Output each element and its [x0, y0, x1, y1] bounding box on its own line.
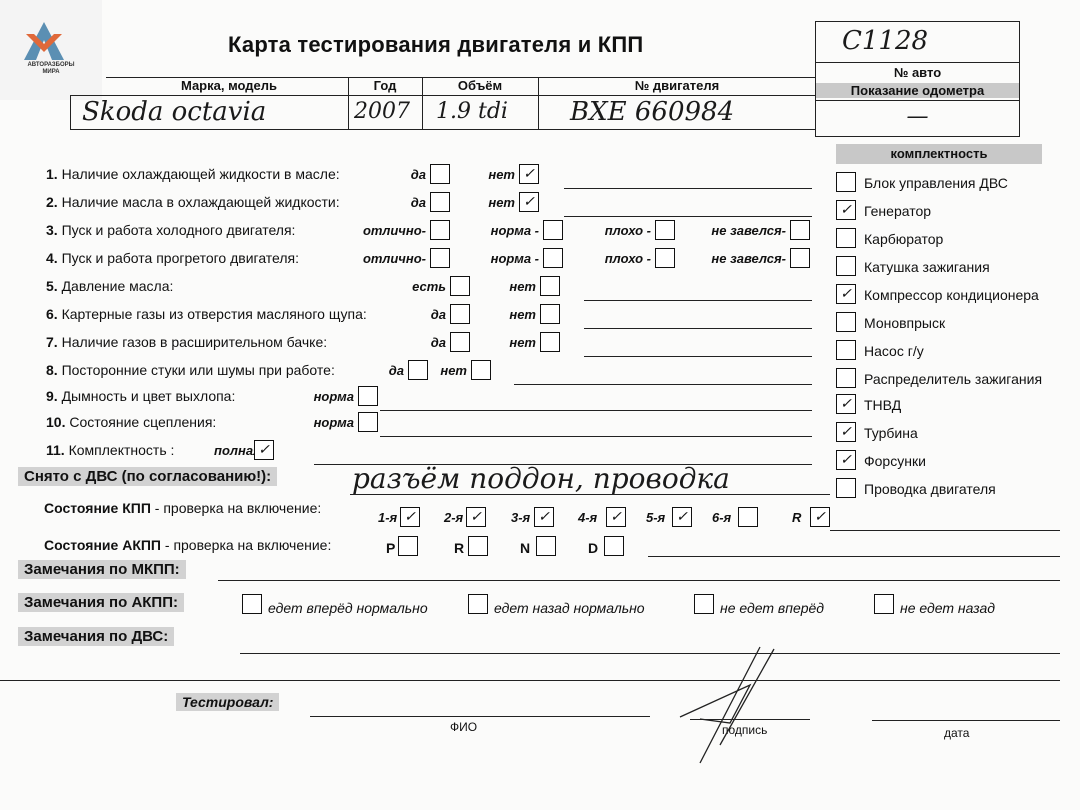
option-checkbox[interactable] — [450, 304, 470, 324]
checklist-item-label: 4. Пуск и работа прогретого двигателя: — [46, 250, 299, 266]
odometer-value: — — [816, 104, 1019, 129]
checklist-item-label: 7. Наличие газов в расширительном бачке: — [46, 334, 327, 350]
answer-line — [514, 384, 812, 385]
option-label: норма — [312, 389, 354, 404]
option-checkbox[interactable] — [430, 192, 450, 212]
akpp-remark-label: не едет вперёд — [720, 600, 824, 616]
option-label: норма - — [486, 223, 539, 238]
kit-checkbox[interactable] — [836, 256, 856, 276]
kit-item-label: Форсунки — [864, 453, 926, 469]
option-label: полная — [214, 443, 250, 458]
gear-label: 4-я — [578, 510, 597, 525]
option-checkbox[interactable] — [471, 360, 491, 380]
checklist-item-label: 3. Пуск и работа холодного двигателя: — [46, 222, 295, 238]
option-checkbox[interactable] — [408, 360, 428, 380]
akpp-mode-checkbox[interactable] — [398, 536, 418, 556]
engine-number-value: BXE 660984 — [570, 97, 734, 127]
answer-line — [380, 410, 812, 411]
checklist-item-label: 2. Наличие масла в охлаждающей жидкости: — [46, 194, 340, 210]
option-label: нет — [506, 279, 536, 294]
kit-checkbox[interactable] — [836, 172, 856, 192]
removed-label: Снято с ДВС (по согласованию!): — [18, 467, 277, 486]
gear-label: R — [792, 510, 801, 525]
kit-title: комплектность — [836, 144, 1042, 164]
kit-item-label: Блок управления ДВС — [864, 175, 1008, 191]
gear-label: 3-я — [511, 510, 530, 525]
checklist-item-label: 11. Комплектность : — [46, 442, 174, 458]
answer-line — [564, 188, 812, 189]
kit-checkbox[interactable] — [836, 368, 856, 388]
option-label: да — [422, 335, 446, 350]
gear-checkbox[interactable]: ✓ — [606, 507, 626, 527]
option-checkbox[interactable] — [543, 220, 563, 240]
kit-checkbox[interactable]: ✓ — [836, 450, 856, 470]
option-label: да — [422, 307, 446, 322]
kit-checkbox[interactable]: ✓ — [836, 394, 856, 414]
kit-checkbox[interactable] — [836, 228, 856, 248]
gear-label: 6-я — [712, 510, 731, 525]
kit-checkbox[interactable] — [836, 340, 856, 360]
column-header-volume: Объём — [422, 78, 538, 93]
akpp-mode-label: D — [588, 540, 598, 556]
option-checkbox[interactable]: ✓ — [254, 440, 274, 460]
logo-text: АВТОРАЗБОРЫМИРА — [8, 62, 94, 76]
akpp-mode-label: N — [520, 540, 530, 556]
akpp-remark-checkbox[interactable] — [694, 594, 714, 614]
option-checkbox[interactable] — [655, 220, 675, 240]
gear-label: 2-я — [444, 510, 463, 525]
option-label: нет — [486, 195, 515, 210]
kit-checkbox[interactable] — [836, 478, 856, 498]
remarks-akpp-label: Замечания по АКПП: — [18, 593, 184, 612]
gear-checkbox[interactable]: ✓ — [672, 507, 692, 527]
option-label: нет — [438, 363, 467, 378]
kit-checkbox[interactable] — [836, 312, 856, 332]
option-label: да — [386, 363, 404, 378]
kit-item-label: Проводка двигателя — [864, 481, 996, 497]
answer-line — [564, 216, 812, 217]
checklist-item-label: 1. Наличие охлаждающей жидкости в масле: — [46, 166, 340, 182]
akpp-label: Состояние АКПП - проверка на включение: — [44, 537, 331, 553]
akpp-mode-label: R — [454, 540, 464, 556]
option-checkbox[interactable] — [430, 220, 450, 240]
answer-line — [314, 464, 812, 465]
checklist-item-label: 8. Посторонние стуки или шумы при работе… — [46, 362, 335, 378]
akpp-remark-checkbox[interactable] — [874, 594, 894, 614]
akpp-remark-label: не едет назад — [900, 600, 995, 616]
option-label: норма - — [486, 251, 539, 266]
kit-checkbox[interactable]: ✓ — [836, 422, 856, 442]
auto-number-label: № авто — [816, 65, 1019, 80]
gear-label: 5-я — [646, 510, 665, 525]
gear-label: 1-я — [378, 510, 397, 525]
option-checkbox[interactable] — [430, 164, 450, 184]
kit-item-label: Катушка зажигания — [864, 259, 990, 275]
option-label: не завелся- — [706, 223, 786, 238]
answer-line — [584, 356, 812, 357]
kit-item-label: Генератор — [864, 203, 931, 219]
option-checkbox[interactable] — [540, 332, 560, 352]
vehicle-info-table: Марка, модель Год Объём № двигателя Skod… — [70, 77, 816, 129]
akpp-remark-label: едет вперёд нормально — [268, 600, 428, 616]
kit-checkbox[interactable]: ✓ — [836, 284, 856, 304]
auto-number-box: C1128 № авто Показание одометра — — [815, 21, 1020, 137]
gear-checkbox[interactable] — [738, 507, 758, 527]
akpp-remark-label: едет назад нормально — [494, 600, 645, 616]
option-checkbox[interactable] — [450, 276, 470, 296]
option-label: норма — [312, 415, 354, 430]
kpp-label: Состояние КПП - проверка на включение: — [44, 500, 321, 516]
akpp-mode-checkbox[interactable] — [468, 536, 488, 556]
option-checkbox[interactable]: ✓ — [519, 164, 539, 184]
option-checkbox[interactable]: ✓ — [519, 192, 539, 212]
akpp-remark-checkbox[interactable] — [468, 594, 488, 614]
column-header-model: Марка, модель — [110, 78, 348, 93]
option-label: нет — [506, 335, 536, 350]
option-label: нет — [486, 167, 515, 182]
option-label: нет — [506, 307, 536, 322]
option-label: да — [400, 167, 426, 182]
option-label: есть — [412, 279, 446, 294]
kit-item-label: Компрессор кондиционера — [864, 287, 1039, 303]
gear-checkbox[interactable]: ✓ — [534, 507, 554, 527]
column-header-engine-number: № двигателя — [538, 78, 816, 93]
kit-item-label: Карбюратор — [864, 231, 943, 247]
option-checkbox[interactable] — [543, 248, 563, 268]
answer-line — [584, 328, 812, 329]
option-checkbox[interactable] — [358, 386, 378, 406]
answer-line — [380, 436, 812, 437]
option-checkbox[interactable] — [790, 248, 810, 268]
option-checkbox[interactable] — [358, 412, 378, 432]
remarks-dvs-label: Замечания по ДВС: — [18, 627, 174, 646]
kit-item-label: ТНВД — [864, 397, 901, 413]
option-checkbox[interactable] — [430, 248, 450, 268]
answer-line — [584, 300, 812, 301]
remarks-mkpp-label: Замечания по МКПП: — [18, 560, 186, 579]
kit-item-label: Моновпрыск — [864, 315, 945, 331]
logo-mark-icon — [24, 22, 64, 60]
checklist-item-label: 6. Картерные газы из отверстия масляного… — [46, 306, 367, 322]
page-title: Карта тестирования двигателя и КПП — [228, 32, 643, 58]
option-checkbox[interactable] — [540, 276, 560, 296]
year-value: 2007 — [354, 99, 410, 124]
option-checkbox[interactable] — [790, 220, 810, 240]
akpp-mode-checkbox[interactable] — [536, 536, 556, 556]
option-checkbox[interactable] — [450, 332, 470, 352]
volume-value: 1.9 tdi — [436, 99, 508, 124]
checklist-item-label: 9. Дымность и цвет выхлопа: — [46, 388, 235, 404]
model-value: Skoda octavia — [82, 97, 266, 127]
option-label: отлично- — [360, 223, 426, 238]
option-label: не завелся- — [706, 251, 786, 266]
gear-checkbox[interactable]: ✓ — [466, 507, 486, 527]
option-label: отлично- — [360, 251, 426, 266]
option-checkbox[interactable] — [540, 304, 560, 324]
kit-item-label: Распределитель зажигания — [864, 371, 1042, 387]
auto-number-value: C1128 — [842, 26, 928, 56]
option-checkbox[interactable] — [655, 248, 675, 268]
column-header-year: Год — [348, 78, 422, 93]
kit-checkbox[interactable]: ✓ — [836, 200, 856, 220]
name-caption: ФИО — [450, 720, 477, 734]
gear-checkbox[interactable]: ✓ — [400, 507, 420, 527]
akpp-mode-checkbox[interactable] — [604, 536, 624, 556]
kit-item-label: Турбина — [864, 425, 918, 441]
removed-value[interactable]: разъём поддон, проводка — [352, 462, 730, 495]
option-label: плохо - — [600, 251, 651, 266]
checklist-item-label: 5. Давление масла: — [46, 278, 173, 294]
akpp-remark-checkbox[interactable] — [242, 594, 262, 614]
tested-by-label: Тестировал: — [176, 693, 279, 711]
gear-checkbox[interactable]: ✓ — [810, 507, 830, 527]
odometer-label: Показание одометра — [816, 83, 1019, 98]
checklist-item-label: 10. Состояние сцепления: — [46, 414, 216, 430]
akpp-mode-label: P — [386, 540, 395, 556]
handwritten-signature-icon — [670, 645, 780, 765]
date-caption: дата — [944, 726, 969, 740]
kit-item-label: Насос г/у — [864, 343, 924, 359]
option-label: плохо - — [600, 223, 651, 238]
option-label: да — [400, 195, 426, 210]
